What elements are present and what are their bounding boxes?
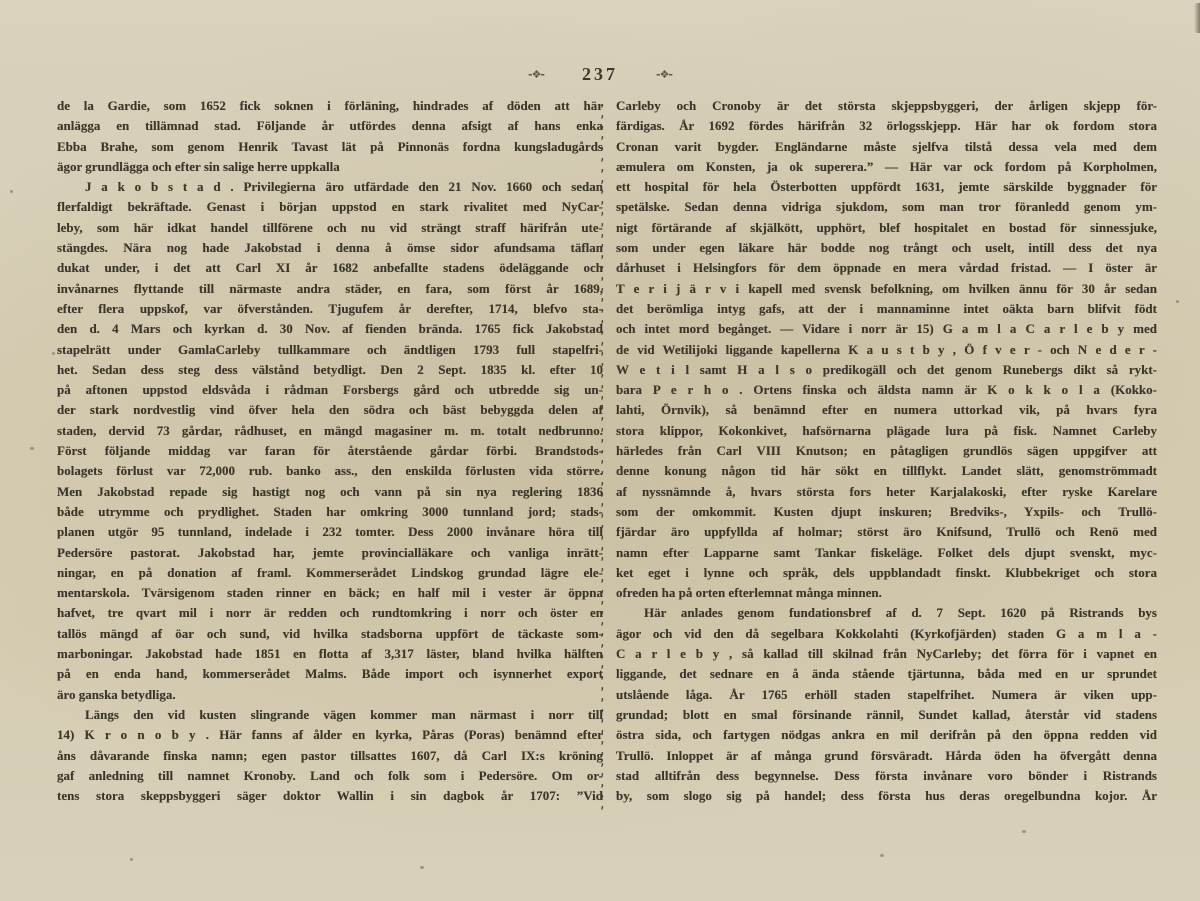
text-line: T e r i j ä r v i kapell med svensk befo… [616, 279, 1157, 299]
text-line: Cronan varit bygder. Engländarne måste s… [616, 137, 1157, 157]
paper-speck [1176, 300, 1179, 303]
text-line: de vid Wetilijoki liggande kapellerna K … [616, 340, 1157, 360]
text-line: stora klippor, Kokonkivet, hafsörnarna p… [616, 421, 1157, 441]
header-ornament-right-icon: -❖- [656, 68, 672, 81]
text-line: bara P e r h o . Ortens finska och äldst… [616, 380, 1157, 400]
header-ornament-left-icon: -❖- [528, 68, 544, 81]
text-line: flerfaldigt bekräftade. Genast i början … [57, 197, 603, 217]
text-line: planen utgör 95 tunnland, indelade i 232… [57, 522, 603, 542]
text-line: Ebba Brahe, som genom Henrik Tavast lät … [57, 137, 603, 157]
text-line: Pedersöre pastorat. Jakobstad har, jemte… [57, 543, 603, 563]
divider-dot: , [599, 799, 605, 810]
text-line: W e t i l samt H a l s o predikogäll och… [616, 360, 1157, 380]
scan-edge-mark [1194, 3, 1200, 33]
page-number: 237 [582, 64, 618, 85]
text-line: Längs den vid kusten slingrande vägen ko… [57, 705, 603, 725]
text-line: östra sida, och fartygen nödgas ankra en… [616, 725, 1157, 745]
text-line: ägor och vid den då segelbara Kokkolahti… [616, 624, 1157, 644]
text-line: æmulera om Konsten, ja ok superera.” — H… [616, 157, 1157, 177]
text-line: staden, dervid 73 gårdar, rådhuset, en m… [57, 421, 603, 441]
text-line: stängdes. Nära nog hade Jakobstad i denn… [57, 238, 603, 258]
text-line: Men Jakobstad repade sig hastigt nog och… [57, 482, 603, 502]
text-line: Carleby och Cronoby är det största skjep… [616, 96, 1157, 116]
text-line: stapelrätt under GamlaCarleby tullkammar… [57, 340, 603, 360]
text-line: ofreden ha på orten efterlemnat många mi… [616, 583, 1157, 603]
paper-speck [420, 866, 424, 869]
text-line: som under egen läkare här bodde nog trån… [616, 238, 1157, 258]
text-line: äro ganska betydliga. [57, 685, 603, 705]
text-line: hafvet, tre qvart mil i norr är redden o… [57, 603, 603, 623]
text-line: dukat under, i det att Carl XI år 1682 a… [57, 258, 603, 278]
text-line: mentarskola. Tvärsigenom staden rinner e… [57, 583, 603, 603]
text-line: härledes från Carl VIII Knutson; en påta… [616, 441, 1157, 461]
text-line: på en enda hand, kommerserådet Malms. Bå… [57, 664, 603, 684]
text-line: leby, som här idkat handel tillförene oc… [57, 218, 603, 238]
text-line: Först följande middag var faran för åter… [57, 441, 603, 461]
text-line: ägor grundlägga och efter sin salige her… [57, 157, 603, 177]
text-line: det berömliga intyg gafs, att der i mann… [616, 299, 1157, 319]
right-column: Carleby och Cronoby är det största skjep… [616, 96, 1157, 806]
paper-speck [10, 190, 13, 193]
text-line: invånarnes flyttande till närmaste andra… [57, 279, 603, 299]
text-line: marboningar. Jakobstad hade 1851 en flot… [57, 644, 603, 664]
text-line: både utrymme och prydlighet. Staden har … [57, 502, 603, 522]
text-line: de la Gardie, som 1652 fick soknen i för… [57, 96, 603, 116]
text-line: der stark nordvestlig vind öfver hela de… [57, 400, 603, 420]
text-line: dårhuset i Helsingfors för dem öppnade e… [616, 258, 1157, 278]
text-line: anlägga en tillämnad stad. Följande år u… [57, 116, 603, 136]
text-line: och intet mord begånget. — Vidare i norr… [616, 319, 1157, 339]
text-line: J a k o b s t a d . Privilegierna äro ut… [57, 177, 603, 197]
text-line: färdigas. År 1692 fördes härifrån 32 örl… [616, 116, 1157, 136]
text-line: tallös mängd af öar och sund, vid hvilka… [57, 624, 603, 644]
text-line: grundad; blott en smal försinande rännil… [616, 705, 1157, 725]
text-line: Här anlades genom fundationsbref af d. 7… [616, 603, 1157, 623]
text-line: C a r l e b y , så kallad till skilnad f… [616, 644, 1157, 664]
text-line: gaf anledning till namnet Kronoby. Land … [57, 766, 603, 786]
text-line: namn efter Lapparne samt Tankar fiskeläg… [616, 543, 1157, 563]
text-line: tens stora skeppsbyggeri säger doktor Wa… [57, 786, 603, 806]
text-line: lahti, Örnvik), så benämnd efter en nume… [616, 400, 1157, 420]
text-line: by, som slogo sig på handel; dess första… [616, 786, 1157, 806]
text-line: nigt förtärande af skjälkött, upphört, b… [616, 218, 1157, 238]
paper-speck [130, 858, 133, 861]
text-line: af nyssnämnde å, hvars största fors hete… [616, 482, 1157, 502]
text-line: ningar, en på donation af framl. Kommers… [57, 563, 603, 583]
page-header: -❖- 237 -❖- [0, 64, 1200, 85]
paper-speck [52, 352, 55, 355]
text-line: het. Sedan dess steg dess välstånd betyd… [57, 360, 603, 380]
left-column: de la Gardie, som 1652 fick soknen i för… [57, 96, 603, 806]
text-line: 14) K r o n o b y . Här fanns af ålder e… [57, 725, 603, 745]
text-line: liggande, det sednare en å ända stående … [616, 664, 1157, 684]
paper-speck [880, 854, 884, 857]
text-line: som der omkommit. Kusten djupt inskuren;… [616, 502, 1157, 522]
text-line: Trullö. Inloppet är af många grund försv… [616, 746, 1157, 766]
text-line: ett hospital för hela Österbotten uppför… [616, 177, 1157, 197]
text-line: åns dåvarande finska namn; egen pastor t… [57, 746, 603, 766]
text-line: fjärdar äro uppfyllda af holmar; störst … [616, 522, 1157, 542]
paper-speck [30, 447, 34, 450]
text-line: på aftonen uppstod eldsvåda i rådman For… [57, 380, 603, 400]
text-line: den d. 4 Mars och kyrkan d. 30 Nov. af f… [57, 319, 603, 339]
text-line: stad alltifrån dess begynnelse. Dess för… [616, 766, 1157, 786]
text-line: ket eget i lynne och språk, dels uppblan… [616, 563, 1157, 583]
column-divider: ,,,,,,,,,,,,,,,,,,,,,,,,,,,,,,,,,,,,,,,,… [596, 98, 608, 810]
text-line: bolagets förlust var 72,000 rub. banko a… [57, 461, 603, 481]
book-page: -❖- 237 -❖- de la Gardie, som 1652 fick … [0, 0, 1200, 901]
text-line: utslående låga. År 1765 erhöll staden st… [616, 685, 1157, 705]
text-line: denne konung någon tid här sökt en tillf… [616, 461, 1157, 481]
paper-speck [1022, 830, 1026, 833]
text-line: spetälske. Sedan denna vidriga sjukdom, … [616, 197, 1157, 217]
text-line: efter flera uppskof, var öfverstånden. T… [57, 299, 603, 319]
